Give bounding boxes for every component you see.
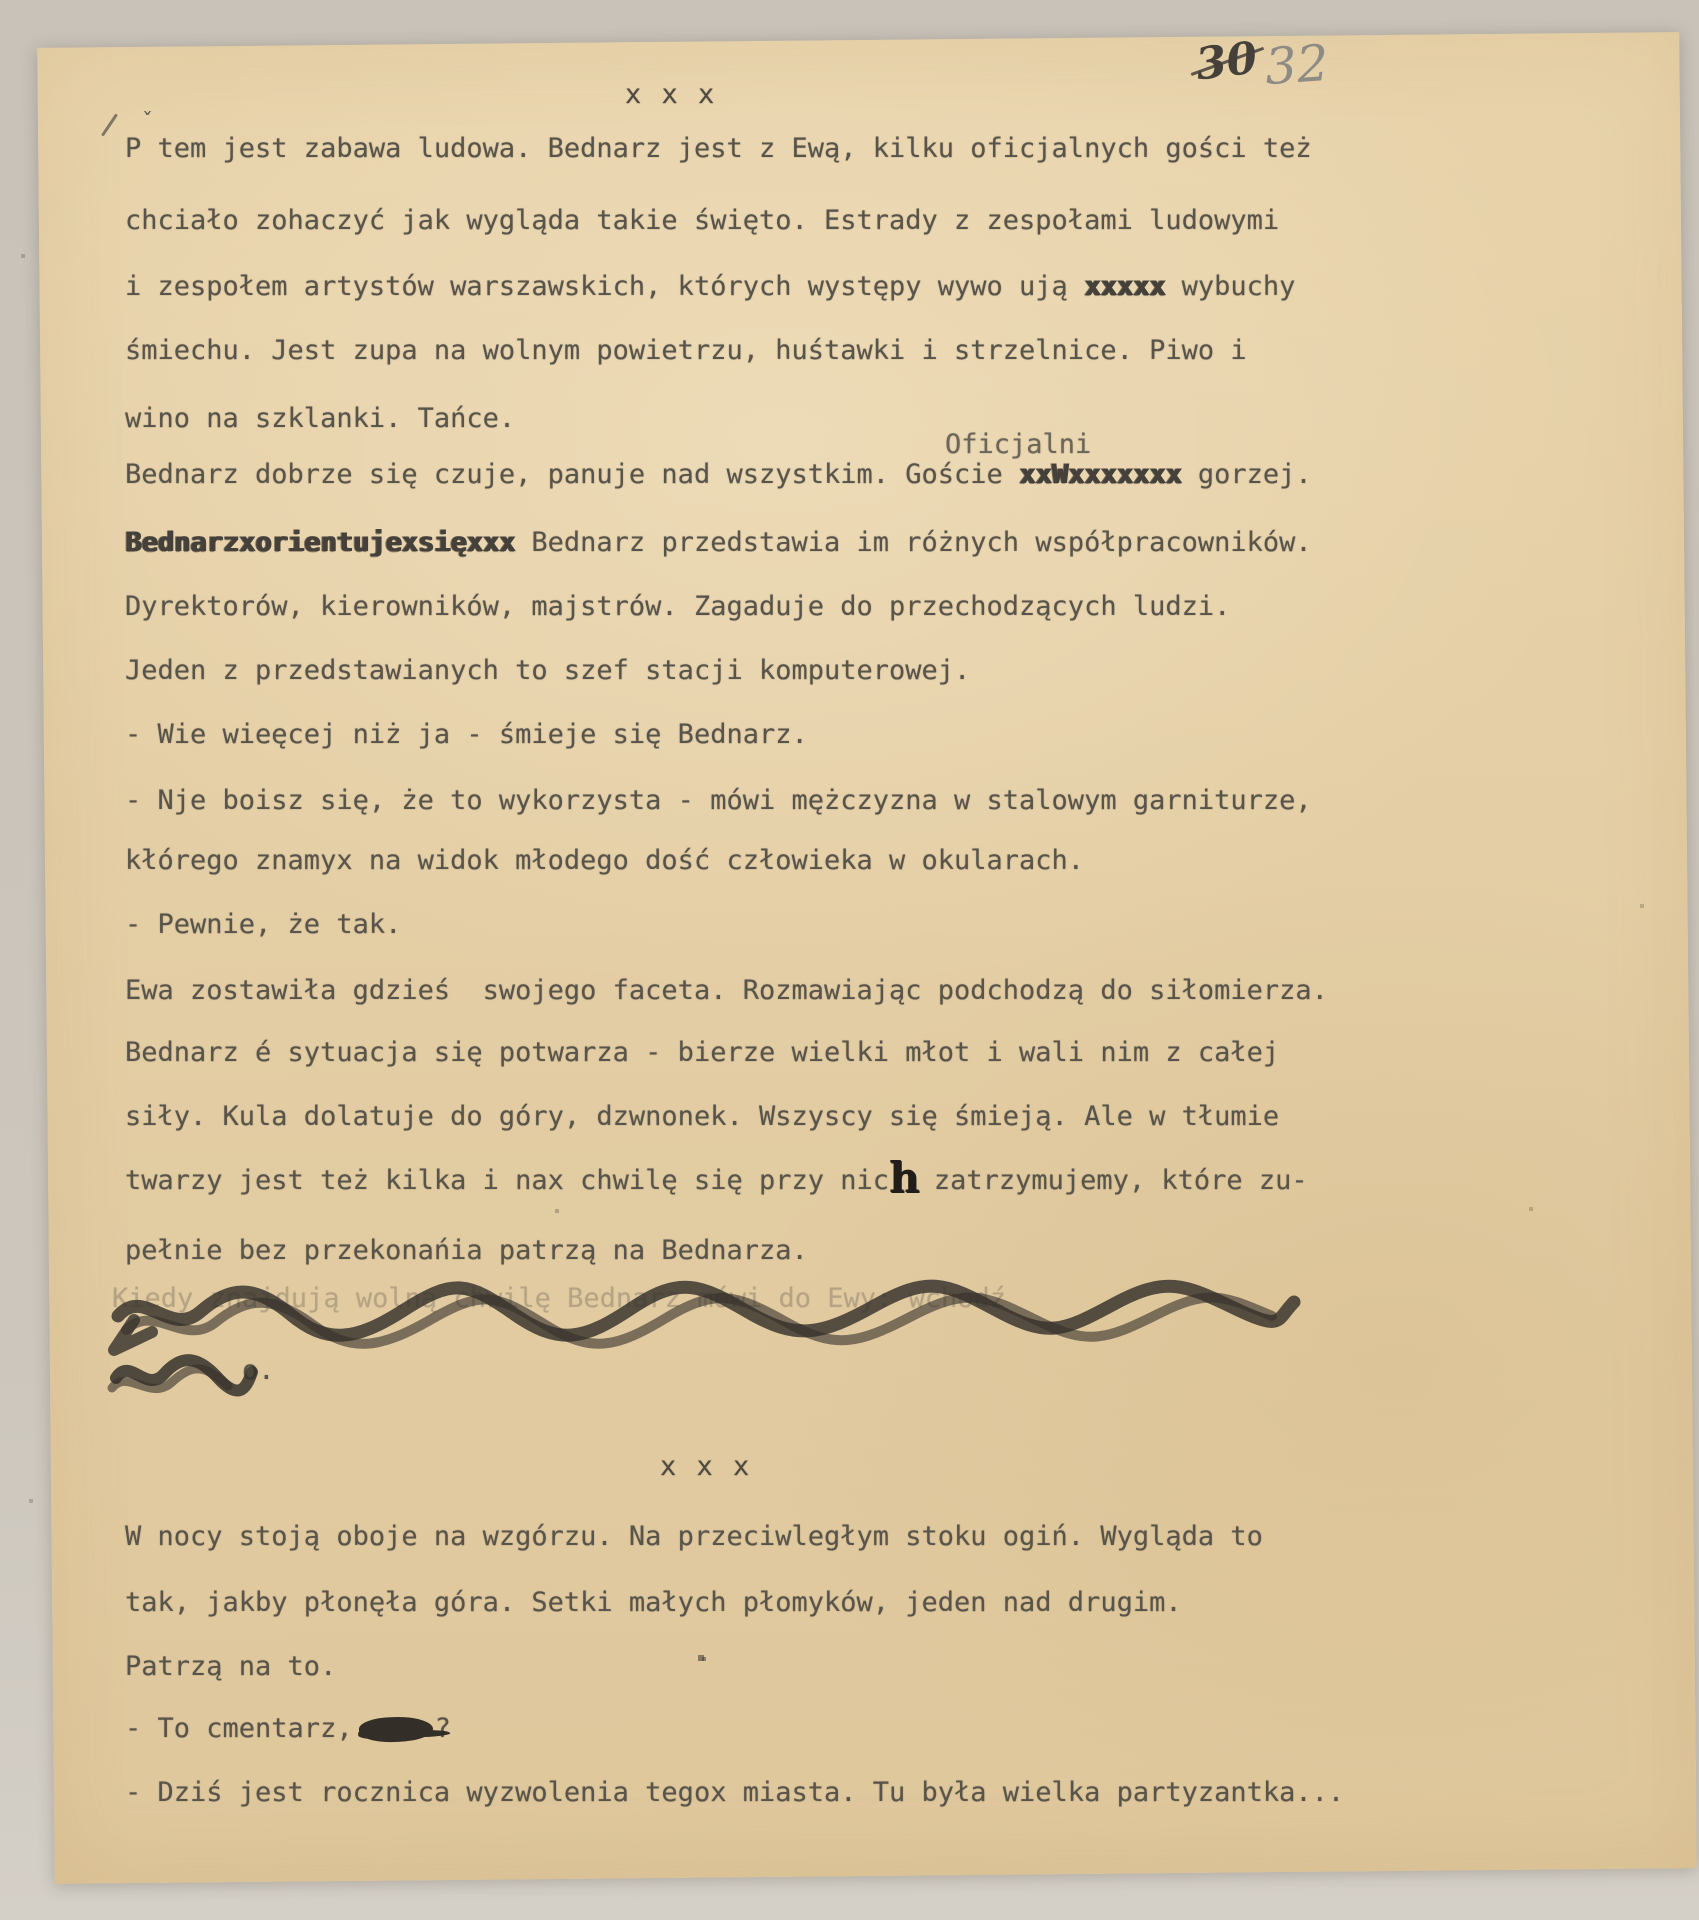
overstruck-text: Bednarzxorientujexsięxxx <box>125 527 515 558</box>
text-line: i zespołem artystów warszawskich, któryc… <box>125 272 1295 302</box>
text-line: wino na szklanki. Tańce. <box>125 404 515 434</box>
typewritten-segment: Patrzą na to. <box>125 1651 336 1682</box>
handwritten-h: h <box>889 1153 918 1202</box>
typewritten-segment: - To cmentarz, <box>125 1713 353 1744</box>
typewritten-segment: Bednarz é sytuacja się potwarza - bierze… <box>125 1037 1279 1068</box>
overstruck-text: xxxxx <box>1084 271 1165 302</box>
typewritten-segment: Bednarz dobrze się czuje, panuje nad wsz… <box>125 459 1019 490</box>
text-line: - Dziś jest rocznica wyzwolenia tegox mi… <box>125 1778 1344 1808</box>
text-line: Dyrektorów, kierowników, majstrów. Zagad… <box>125 592 1230 622</box>
typewritten-segment: x x x <box>660 1451 751 1482</box>
typewritten-segment: x x x <box>625 79 716 110</box>
text-line: kłórego znamyx na widok młodego dość czł… <box>125 846 1084 876</box>
text-line: pełnie bez przekonańia patrzą na Bednarz… <box>125 1236 808 1266</box>
typewritten-segment: Dyrektorów, kierowników, majstrów. Zagad… <box>125 591 1230 622</box>
overstruck-text: xxWxxxxxxx <box>1019 459 1182 490</box>
typewritten-segment: - Wie wieęcej niż ja - śmieje się Bednar… <box>125 719 808 750</box>
typewritten-segment: chciało zohaczyć jak wygląda takie święt… <box>125 205 1279 236</box>
crossed-out-line: o. <box>112 1356 275 1386</box>
typewritten-segment: W nocy stoją oboje na wzgórzu. Na przeci… <box>125 1521 1263 1552</box>
text-line: Bednarz dobrze się czuje, panuje nad wsz… <box>125 460 1312 490</box>
typewritten-segment: śmiechu. Jest zupa na wolnym powietrzu, … <box>125 335 1247 366</box>
text-line: Bednarz é sytuacja się potwarza - bierze… <box>125 1038 1279 1068</box>
text-line: Patrzą na to. <box>125 1652 336 1682</box>
typewritten-segment: Oficjalni <box>945 429 1091 460</box>
typewritten-segment: wybuchy <box>1165 271 1295 302</box>
text-line: - Wie wieęcej niż ja - śmieje się Bednar… <box>125 720 808 750</box>
typewritten-segment: Jeden z przedstawianych to szef stacji k… <box>125 655 970 686</box>
typewritten-segment: wino na szklanki. Tańce. <box>125 403 515 434</box>
struck-out-text: Kiedy znajdują wolną chwilę Bednarz mówi… <box>112 1283 1039 1314</box>
text-line: śmiechu. Jest zupa na wolnym powietrzu, … <box>125 336 1247 366</box>
text-line: Ewa zostawiła gdzieś swojego faceta. Roz… <box>125 976 1328 1006</box>
text-line: Jeden z przedstawianych to szef stacji k… <box>125 656 970 686</box>
crossed-out-line: Kiedy znajdują wolną chwilę Bednarz mówi… <box>112 1284 1039 1314</box>
section-separator: x x x <box>660 1452 751 1482</box>
text-line: - To cmentarz,? <box>125 1714 451 1744</box>
ink-blob <box>358 1716 433 1744</box>
typewritten-segment: - Nje boisz się, że to wykorzysta - mówi… <box>125 785 1312 816</box>
scanned-typescript-page: { "page": { "page_number_old": "30", "pa… <box>0 0 1699 1920</box>
typewritten-segment: zatrzymujemy, które zu- <box>918 1165 1308 1196</box>
typewritten-text: x x xP tem jest zabawa ludowa. Bednarz j… <box>0 0 1699 1920</box>
typewritten-segment: kłórego znamyx na widok młodego dość czł… <box>125 845 1084 876</box>
typewritten-segment: twarzy jest też kilka i nax chwilę się p… <box>125 1165 889 1196</box>
text-line: chciało zohaczyć jak wygląda takie święt… <box>125 206 1279 236</box>
typewritten-segment: - Pewnie, że tak. <box>125 909 401 940</box>
typewritten-segment: ? <box>435 1713 451 1744</box>
text-line: W nocy stoją oboje na wzgórzu. Na przeci… <box>125 1522 1263 1552</box>
text-line: tak, jakby płonęła góra. Setki małych pł… <box>125 1588 1182 1618</box>
text-line: twarzy jest też kilka i nax chwilę się p… <box>125 1166 1308 1196</box>
typewritten-segment: o. <box>112 1355 275 1386</box>
typewritten-segment: i zespołem artystów warszawskich, któryc… <box>125 271 1084 302</box>
section-separator: x x x <box>625 80 716 110</box>
text-line: - Nje boisz się, że to wykorzysta - mówi… <box>125 786 1312 816</box>
typewritten-segment: Bednarz przedstawia im różnych współprac… <box>515 527 1312 558</box>
typewritten-segment: P tem jest zabawa ludowa. Bednarz jest z… <box>125 133 1312 164</box>
text-line: siły. Kula dolatuje do góry, dzwnonek. W… <box>125 1102 1279 1132</box>
typewritten-segment: siły. Kula dolatuje do góry, dzwnonek. W… <box>125 1101 1279 1132</box>
typewritten-segment: Ewa zostawiła gdzieś swojego faceta. Roz… <box>125 975 1328 1006</box>
text-line: Bednarzxorientujexsięxxx Bednarz przedst… <box>125 528 1312 558</box>
text-line: - Pewnie, że tak. <box>125 910 401 940</box>
typewritten-segment: pełnie bez przekonańia patrzą na Bednarz… <box>125 1235 808 1266</box>
interline-insertion: Oficjalni <box>945 430 1091 460</box>
text-line: P tem jest zabawa ludowa. Bednarz jest z… <box>125 134 1312 164</box>
typewritten-segment: tak, jakby płonęła góra. Setki małych pł… <box>125 1587 1182 1618</box>
typewritten-segment: gorzej. <box>1182 459 1312 490</box>
typewritten-segment: - Dziś jest rocznica wyzwolenia tegox mi… <box>125 1777 1344 1808</box>
